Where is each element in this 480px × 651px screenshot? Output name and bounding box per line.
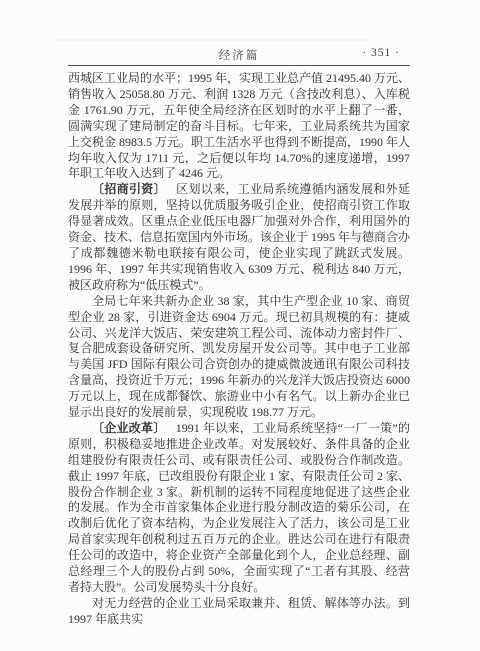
page-number: · 351 · bbox=[362, 47, 400, 59]
scan-artifact-streak bbox=[58, 39, 368, 41]
paragraph-new-enterprises: 全局七年来共新办企业 38 家，其中生产型企业 10 家、商贸型企业 28 家，… bbox=[68, 294, 410, 421]
paragraph-enterprise-reform: 〔企业改革〕1991 年以来，工业局系统坚持“一厂一策”的原则，积极稳妥地推进企… bbox=[68, 421, 410, 596]
paragraph-continuation: 西城区工业局的水平；1995 年，实现工业总产值 21495.40 万元、销售收… bbox=[68, 71, 410, 182]
paragraph-text: 全局七年来共新办企业 38 家，其中生产型企业 10 家、商贸型企业 28 家，… bbox=[68, 294, 410, 419]
paragraph-text: 西城区工业局的水平；1995 年，实现工业总产值 21495.40 万元、销售收… bbox=[68, 71, 410, 180]
section-label-reform: 〔企业改革〕 bbox=[92, 421, 176, 435]
chapter-title: 经济篇 bbox=[68, 47, 410, 63]
header-rule bbox=[68, 65, 410, 66]
paragraph-text: 1991 年以来，工业局系统坚持“一厂一策”的原则，积极稳妥地推进企业改革。对发… bbox=[68, 421, 410, 594]
section-label-investment: 〔招商引资〕 bbox=[92, 182, 176, 196]
scanned-book-page: 经济篇 · 351 · 西城区工业局的水平；1995 年，实现工业总产值 214… bbox=[0, 0, 480, 651]
paragraph-investment: 〔招商引资〕区划以来，工业局系统遵循内涵发展和外延发展并举的原则，坚持以优质服务… bbox=[68, 182, 410, 293]
paragraph-last: 对无力经营的企业工业局采取兼并、租赁、解体等办法。到 1997 年底共实 bbox=[68, 596, 410, 628]
paragraph-text: 对无力经营的企业工业局采取兼并、租赁、解体等办法。到 1997 年底共实 bbox=[68, 596, 410, 626]
running-header: 经济篇 · 351 · bbox=[68, 47, 410, 62]
paragraph-text: 区划以来，工业局系统遵循内涵发展和外延发展并举的原则，坚持以优质服务吸引企业，使… bbox=[68, 182, 410, 291]
page-body: 西城区工业局的水平；1995 年，实现工业总产值 21495.40 万元、销售收… bbox=[68, 71, 410, 628]
